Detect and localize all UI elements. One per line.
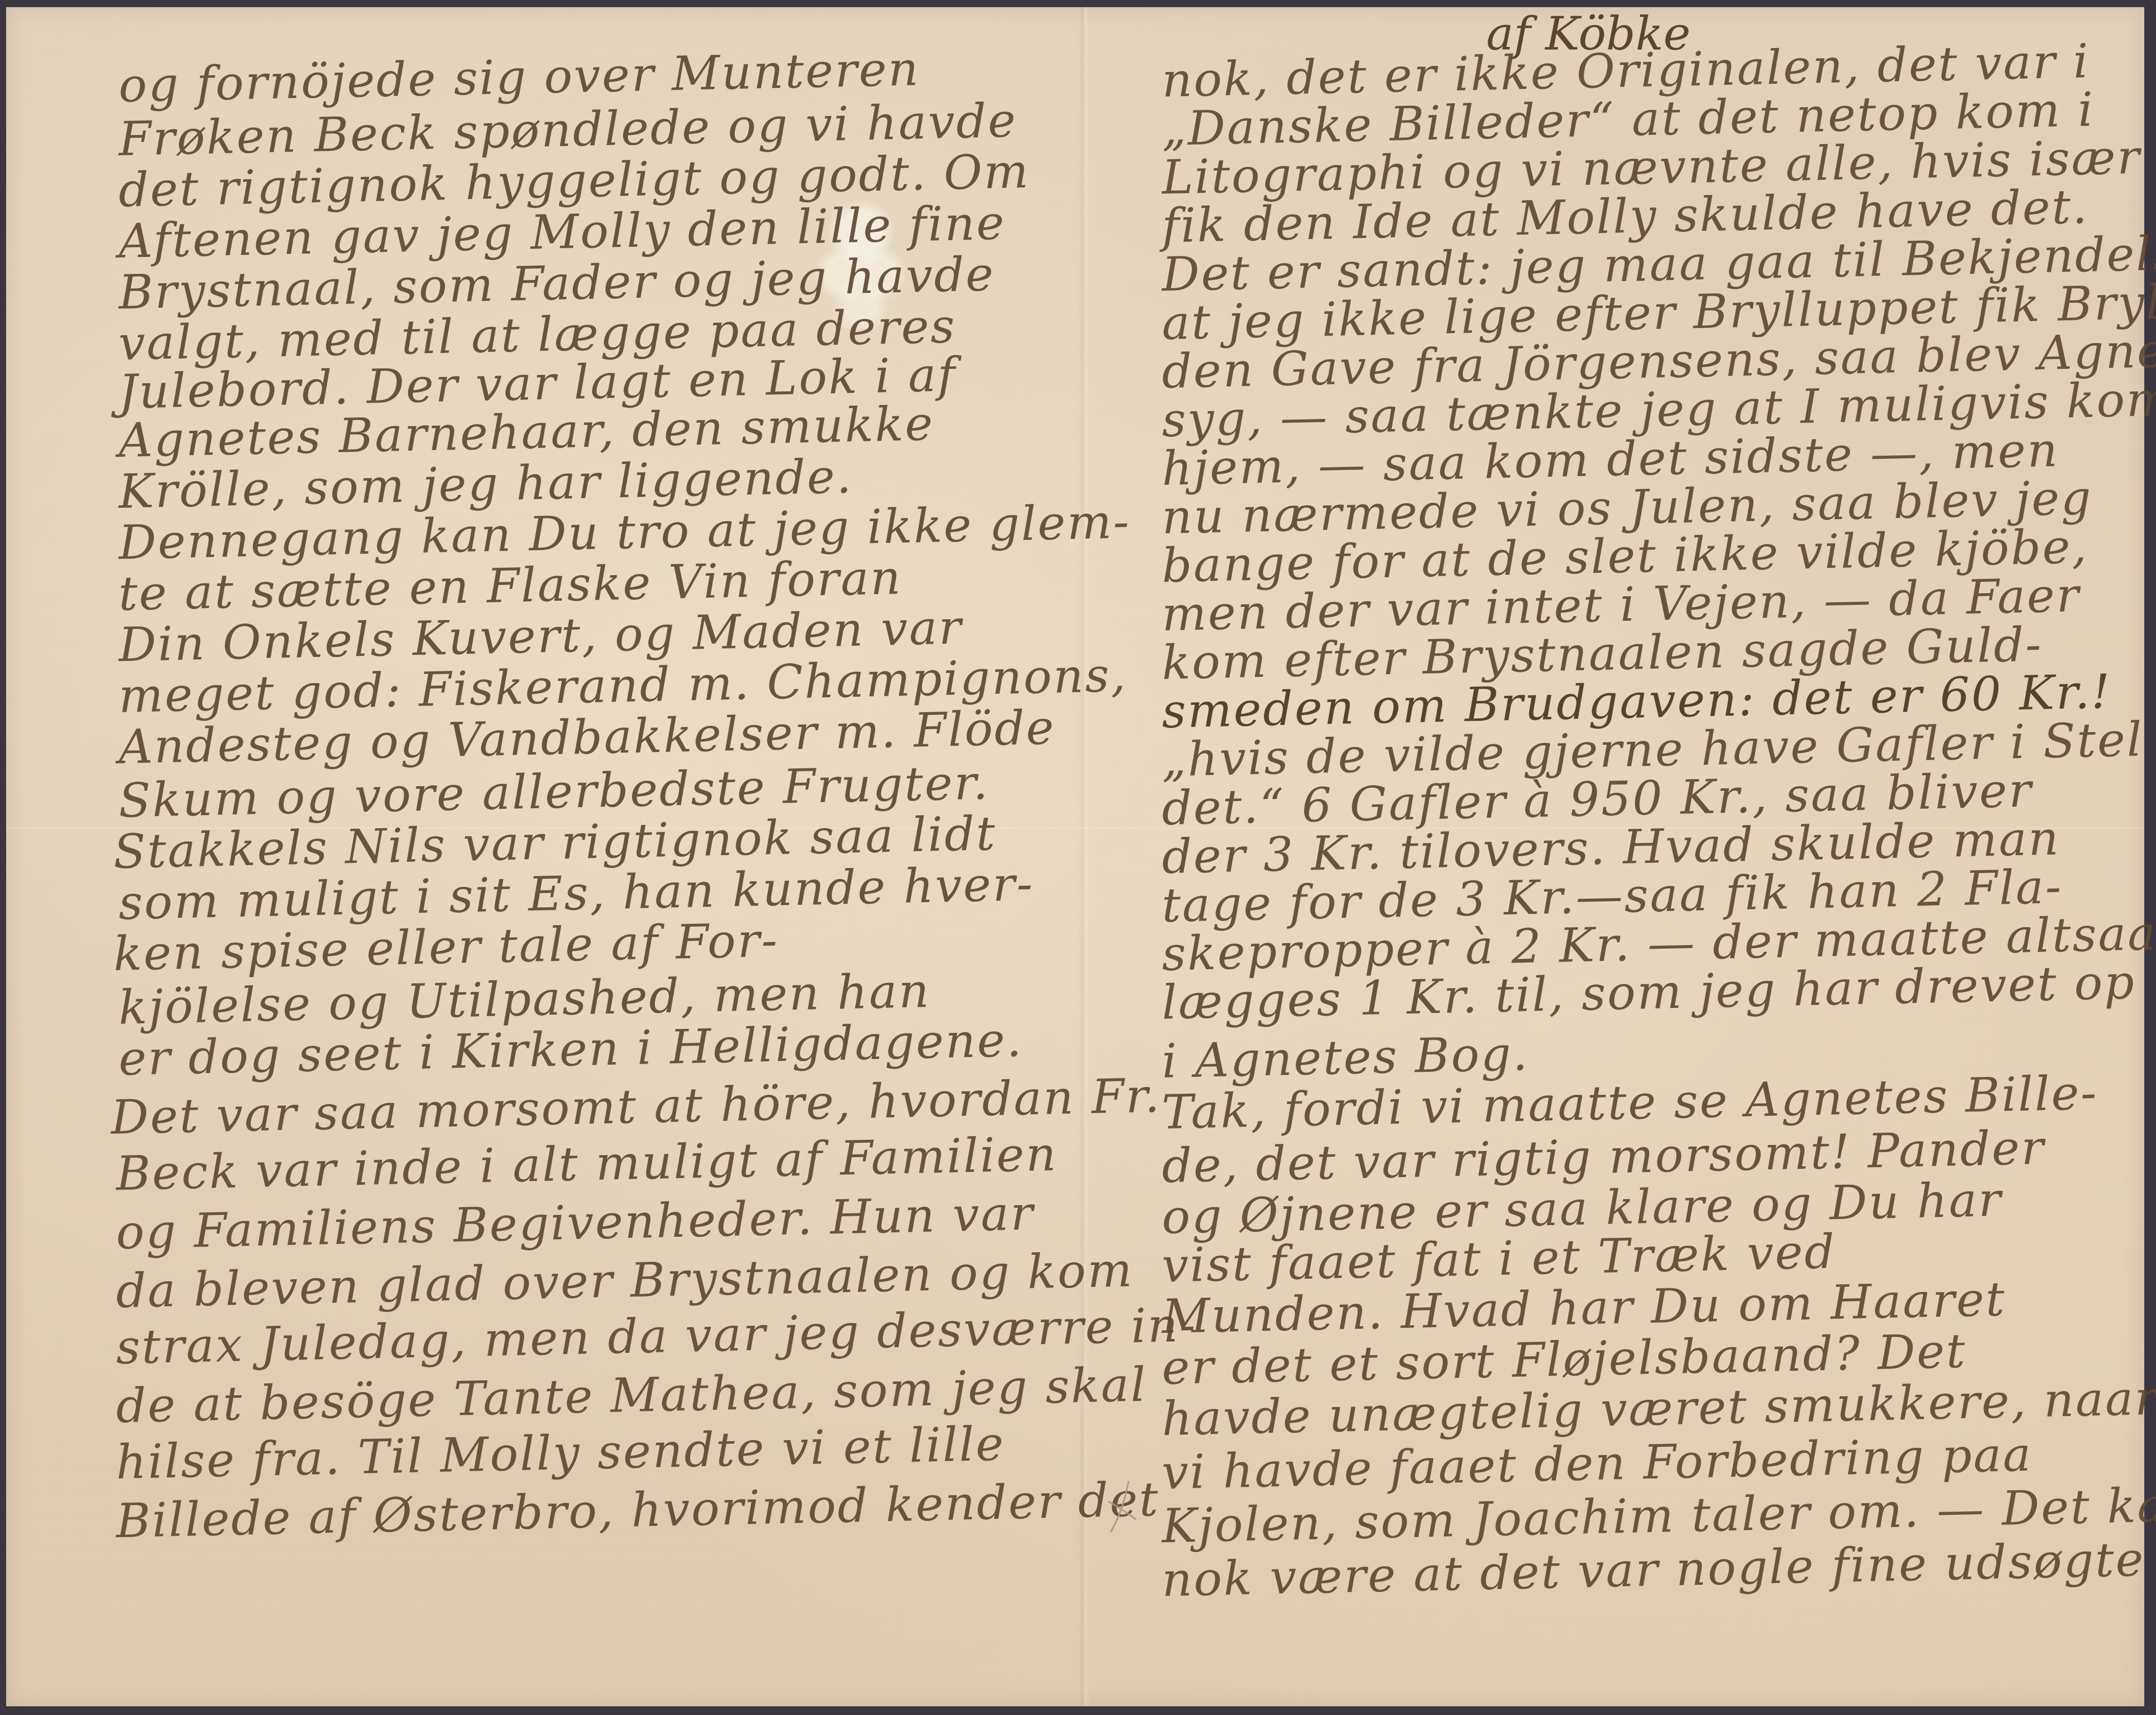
paper-sheet: og fornöjede sig over Munteren Frøken Be… [6,7,2144,1706]
scanned-letter: og fornöjede sig over Munteren Frøken Be… [0,0,2156,1715]
left-page: og fornöjede sig over Munteren Frøken Be… [6,7,1078,1706]
pencil-x-mark-icon [1106,1478,1141,1535]
right-page: af Köbke nok, det er ikke Originalen, de… [1090,7,2144,1706]
center-fold [1078,7,1090,1706]
